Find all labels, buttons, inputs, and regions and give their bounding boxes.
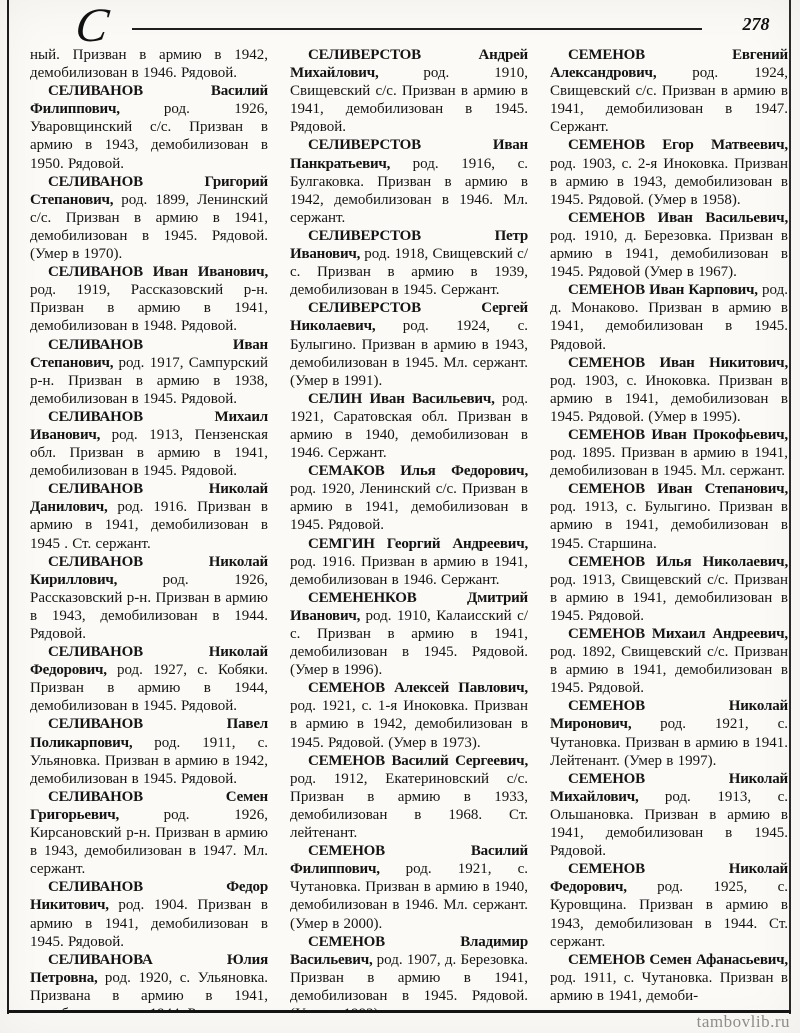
entry-name: СЕМЕНОВ Владимир Васильевич,: [290, 934, 528, 968]
column-3: СЕМЕНОВ Евгений Александрович, род. 1924…: [550, 46, 788, 1012]
entry-name: СЕМЕНОВ Иван Никитович,: [568, 355, 788, 371]
entry: СЕМЕНОВ Иван Васильевич, род. 1910, д. Б…: [550, 209, 788, 281]
entry: СЕЛИВЕРСТОВ Сергей Николаевич, род. 1924…: [290, 299, 528, 389]
entry-name: СЕЛИВАНОВ Николай Данилович,: [30, 481, 268, 515]
entry-name: СЕМЕНОВ Иван Степанович,: [568, 481, 788, 497]
entry: СЕМЕНОВ Семен Афанасьевич, род. 1911, с.…: [550, 951, 788, 1005]
entry-name: СЕМАКОВ Илья Федорович,: [308, 463, 528, 479]
entry: СЕЛИВАНОВ Павел Поликарпович, род. 1911,…: [30, 715, 268, 787]
entry-name: СЕМЕНОВ Семен Афанасьевич,: [568, 952, 788, 968]
entry: СЕМЕНОВ Иван Прокофьевич, род. 1895. При…: [550, 426, 788, 480]
entry-name: СЕЛИВЕРСТОВ Иван Панкратьевич,: [290, 137, 528, 171]
entry: СЕМЕНОВ Евгений Александрович, род. 1924…: [550, 46, 788, 136]
entry-name: СЕМЕНОВ Николай Михайлович,: [550, 771, 788, 805]
entry: СЕМЕНОВ Владимир Васильевич, род. 1907, …: [290, 933, 528, 1012]
entry: СЕЛИВЕРСТОВ Петр Иванович, род. 1918, Св…: [290, 227, 528, 299]
entry-name: СЕЛИВАНОВ Николай Федорович,: [30, 644, 268, 678]
entry: СЕМЕНОВ Николай Михайлович, род. 1913, с…: [550, 770, 788, 860]
entry: СЕМГИН Георгий Андреевич, род. 1916. При…: [290, 535, 528, 589]
watermark: tambovlib.ru: [697, 1012, 790, 1032]
entry: ный. Призван в армию в 1942, демобилизов…: [30, 46, 268, 82]
entry-name: СЕЛИВАНОВ Григорий Степанович,: [30, 174, 268, 208]
entry-name: СЕМЕНОВ Егор Матвеевич,: [568, 137, 788, 153]
page-number: 278: [726, 14, 786, 35]
entry: СЕЛИВАНОВ Федор Никитович, род. 1904. Пр…: [30, 878, 268, 950]
entry: СЕМЕНОВ Алексей Павлович, род. 1921, с. …: [290, 679, 528, 751]
page-border-left: [7, 0, 9, 1014]
entry: СЕЛИВАНОВ Николай Данилович, род. 1916. …: [30, 480, 268, 552]
entry: СЕМЕНОВ Николай Федорович, род. 1925, с.…: [550, 860, 788, 950]
entry: СЕМАКОВ Илья Федорович, род. 1920, Ленин…: [290, 462, 528, 534]
entry: СЕМЕНОВ Василий Сергеевич, род. 1912, Ек…: [290, 752, 528, 842]
entry-name: СЕЛИВЕРСТОВ Сергей Николаевич,: [290, 300, 528, 334]
entry-name: СЕЛИВАНОВ Иван Степанович,: [30, 337, 268, 371]
entry: СЕМЕНЕНКОВ Дмитрий Иванович, род. 1910, …: [290, 589, 528, 679]
entry: СЕМЕНОВ Илья Николаевич, род. 1913, Свищ…: [550, 553, 788, 625]
entry-name: СЕЛИВАНОВА Юлия Петровна,: [30, 952, 268, 986]
entry: СЕЛИВЕРСТОВ Андрей Михайлович, род. 1910…: [290, 46, 528, 136]
entry: СЕМЕНОВ Иван Никитович, род. 1903, с. Ин…: [550, 354, 788, 426]
entry: СЕЛИВАНОВ Николай Федорович, род. 1927, …: [30, 643, 268, 715]
entry-name: СЕЛИВАНОВ Семен Григорьевич,: [30, 789, 268, 823]
book-page: С 278 ный. Призван в армию в 1942, демоб…: [0, 0, 800, 1033]
entry-name: СЕЛИН Иван Васильевич,: [308, 391, 502, 407]
entry: СЕЛИВАНОВ Василий Филиппович, род. 1926,…: [30, 82, 268, 172]
entry: СЕЛИВАНОВ Семен Григорьевич, род. 1926, …: [30, 788, 268, 878]
entry-name: СЕМЕНОВ Михаил Андреевич,: [568, 626, 788, 642]
entry-name: СЕМЕНОВ Иван Прокофьевич,: [568, 427, 788, 443]
text-columns: ный. Призван в армию в 1942, демобилизов…: [30, 46, 788, 1012]
entry: СЕМЕНОВ Иван Степанович, род. 1913, с. Б…: [550, 480, 788, 552]
page-border-right: [789, 0, 791, 1014]
entry-name: СЕМЕНОВ Василий Филиппович,: [290, 843, 528, 877]
entry-name: СЕЛИВАНОВ Иван Иванович,: [48, 264, 268, 280]
entry: СЕЛИН Иван Васильевич, род. 1921, Сарато…: [290, 390, 528, 462]
entry-name: СЕМЕНОВ Иван Карпович,: [568, 282, 762, 298]
entry: СЕЛИВАНОВ Иван Степанович, род. 1917, Са…: [30, 336, 268, 408]
entry: СЕЛИВАНОВ Николай Кириллович, род. 1926,…: [30, 553, 268, 643]
column-1: ный. Призван в армию в 1942, демобилизов…: [30, 46, 268, 1012]
entry-name: СЕМЕНОВ Иван Васильевич,: [568, 210, 788, 226]
entry: СЕЛИВЕРСТОВ Иван Панкратьевич, род. 1916…: [290, 136, 528, 226]
entry-name: СЕМГИН Георгий Андреевич,: [308, 536, 528, 552]
column-2: СЕЛИВЕРСТОВ Андрей Михайлович, род. 1910…: [290, 46, 528, 1012]
entry-name: СЕЛИВАНОВ Василий Филиппович,: [30, 83, 268, 117]
entry-name: СЕЛИВАНОВ Павел Поликарпович,: [30, 716, 268, 750]
entry: СЕЛИВАНОВ Григорий Степанович, род. 1899…: [30, 173, 268, 263]
entry-name: СЕЛИВЕРСТОВ Андрей Михайлович,: [290, 47, 528, 81]
entry-name: СЕМЕНОВ Николай Миронович,: [550, 698, 788, 732]
entry-name: СЕЛИВАНОВ Федор Никитович,: [30, 879, 268, 913]
entry-name: СЕМЕНОВ Николай Федорович,: [550, 861, 788, 895]
entry: СЕМЕНОВ Егор Матвеевич, род. 1903, с. 2-…: [550, 136, 788, 208]
entry: СЕМЕНОВ Василий Филиппович, род. 1921, с…: [290, 842, 528, 932]
entry: СЕМЕНОВ Иван Карпович, род. д. Монаково.…: [550, 281, 788, 353]
entry-name: СЕЛИВАНОВ Николай Кириллович,: [30, 554, 268, 588]
entry-name: СЕМЕНОВ Алексей Павлович,: [308, 680, 528, 696]
entry-name: СЕМЕНОВ Василий Сергеевич,: [308, 753, 528, 769]
entry: СЕЛИВАНОВА Юлия Петровна, род. 1920, с. …: [30, 951, 268, 1012]
entry-name: СЕМЕНОВ Евгений Александрович,: [550, 47, 788, 81]
entry: СЕЛИВАНОВ Михаил Иванович, род. 1913, Пе…: [30, 408, 268, 480]
entry-name: СЕЛИВЕРСТОВ Петр Иванович,: [290, 228, 528, 262]
entry: СЕМЕНОВ Николай Миронович, род. 1921, с.…: [550, 697, 788, 769]
entry-name: СЕМЕНОВ Илья Николаевич,: [568, 554, 788, 570]
entry-name: СЕЛИВАНОВ Михаил Иванович,: [30, 409, 268, 443]
entry-name: СЕМЕНЕНКОВ Дмитрий Иванович,: [290, 590, 528, 624]
entry: СЕЛИВАНОВ Иван Иванович, род. 1919, Расс…: [30, 263, 268, 335]
header-rule: [132, 28, 702, 30]
entry: СЕМЕНОВ Михаил Андреевич, род. 1892, Сви…: [550, 625, 788, 697]
